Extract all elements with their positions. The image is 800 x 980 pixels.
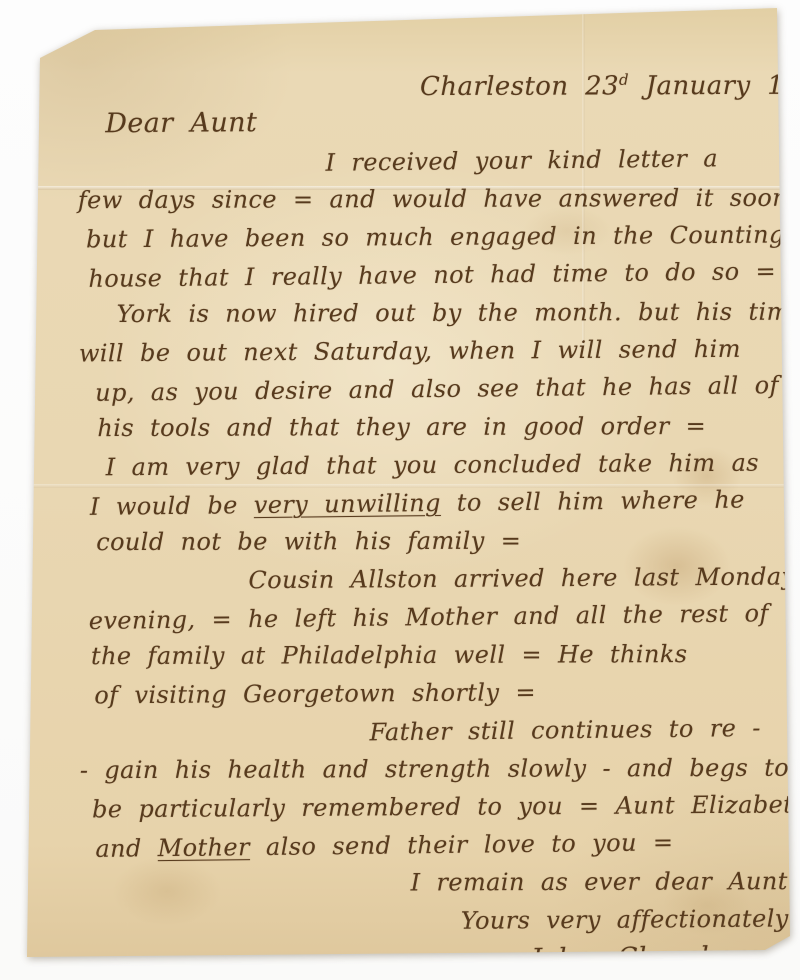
dateline-month-year: January 1836	[629, 71, 800, 102]
letter-paper: Charleston 23d January 1836 Dear Aunt I …	[22, 6, 790, 958]
body-line: few days since = and would have answered…	[78, 179, 798, 220]
dateline-ordinal-suffix: d	[619, 71, 629, 89]
body-line: the family at Philadelphia well = He thi…	[91, 635, 800, 675]
body-line: I received your kind letter a	[325, 138, 797, 181]
dateline-place-day: Charleston 23	[420, 71, 619, 102]
closing-line: Yours very affectionately	[461, 899, 800, 939]
letter-paper-shadow: Charleston 23d January 1836 Dear Aunt I …	[0, 0, 800, 980]
letter-text: Charleston 23d January 1836 Dear Aunt I …	[57, 43, 800, 980]
body-line: I am very glad that you concluded take h…	[106, 443, 800, 486]
dateline: Charleston 23d January 1836	[420, 58, 797, 101]
body-line: house that I really have not had time to…	[88, 252, 798, 298]
body-line: could not be with his family =	[96, 521, 800, 561]
body-line: Cousin Allston arrived here last Monday	[248, 557, 800, 599]
salutation: Dear Aunt	[105, 99, 797, 144]
body-line: I would be very unwilling to sell him wh…	[90, 480, 800, 526]
body-line: up, as you desire and also see that he h…	[95, 366, 799, 412]
body-line: Father still continues to re -	[369, 708, 800, 751]
underlined-word: Mother	[158, 833, 251, 862]
body-line: of visiting Georgetown shortly =	[94, 671, 800, 714]
body-line: evening, = he left his Mother and all th…	[89, 594, 800, 640]
body-line: - gain his health and strength slowly - …	[80, 749, 800, 790]
body-line: will be out next Saturday, when I will s…	[79, 329, 799, 372]
body-line: but I have been so much engaged in the C…	[86, 215, 798, 258]
scan-background: Charleston 23d January 1836 Dear Aunt I …	[0, 0, 800, 980]
body-line: be particularly remembered to you = Aunt…	[92, 785, 800, 828]
body-line-segment: I would be	[90, 491, 254, 521]
closing-line: I remain as ever dear Aunt	[411, 862, 800, 901]
body-line: York is now hired out by the month. but …	[117, 293, 799, 333]
body-line: his tools and that they are in good orde…	[97, 407, 799, 447]
underlined-phrase: very unwilling	[254, 489, 441, 519]
body-line: and Mother also send their love to you =	[95, 822, 800, 868]
body-line-segment: also send their love to you =	[250, 828, 674, 861]
body-line-segment: to sell him where he	[441, 485, 745, 516]
signature: John. Cheesborough Jr	[531, 937, 800, 978]
body-line-segment: and	[95, 834, 158, 863]
